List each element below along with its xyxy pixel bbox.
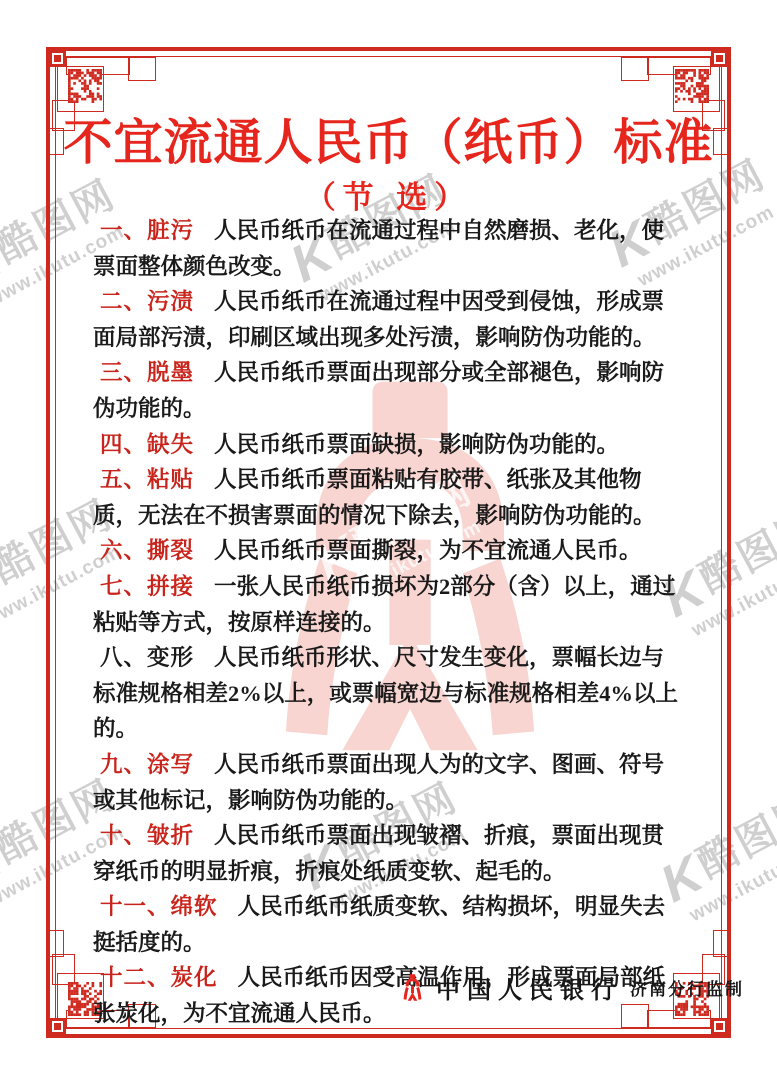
standard-item: 八、变形人民币纸币形状、尺寸发生变化，票幅长边与标准规格相差2%以上，或票幅宽边…	[93, 640, 685, 747]
watermark-k-logo-icon: K	[0, 232, 9, 298]
standard-item-label: 二、污渍	[100, 289, 194, 314]
page-subtitle: （节 选）	[0, 172, 777, 217]
standard-item: 七、拼接一张人民币纸币损坏为2部分（含）以上，通过粘贴等方式，按原样连接的。	[93, 569, 685, 640]
bank-name: 中国人民银行	[436, 970, 622, 1005]
page-title: 不宜流通人民币（纸币）标准	[0, 104, 777, 174]
corner-square-icon	[711, 50, 728, 67]
standard-item-label: 十、皱折	[100, 823, 194, 848]
corner-square-icon	[49, 1018, 66, 1035]
standard-item: 九、涂写人民币纸币票面出现人为的文字、图画、符号或其他标记，影响防伪功能的。	[93, 747, 685, 818]
standard-item: 五、粘贴人民币纸币票面粘贴有胶带、纸张及其他物质，无法在不损害票面的情况下除去，…	[93, 462, 685, 533]
standard-item: 四、缺失人民币纸币票面缺损，影响防伪功能的。	[93, 427, 685, 463]
standards-list: 一、脏污人民币纸币在流通过程中自然磨损、老化，使票面整体颜色改变。 二、污渍人民…	[93, 213, 685, 1032]
standard-item-label: 六、撕裂	[100, 538, 194, 563]
standard-item: 十一、绵软人民币纸币纸质变软、结构损坏，明显失去挺括度的。	[93, 889, 685, 960]
issuer-label: 济南分行监制	[630, 975, 744, 1000]
standard-item-text: 人民币纸币票面缺损，影响防伪功能的。	[214, 432, 619, 457]
standard-item: 二、污渍人民币纸币在流通过程中因受到侵蚀，形成票面局部污渍，印刷区域出现多处污渍…	[93, 284, 685, 355]
standard-item: 十、皱折人民币纸币票面出现皱褶、折痕，票面出现贯穿纸币的明显折痕，折痕处纸质变软…	[93, 818, 685, 889]
standard-item-label: 一、脏污	[100, 218, 194, 243]
standard-item-label: 八、变形	[100, 645, 194, 670]
qr-code-icon	[675, 69, 709, 103]
standard-item-label: 四、缺失	[100, 432, 194, 457]
footer: 中国人民银行 济南分行监制	[399, 970, 744, 1005]
standard-item-label: 三、脱墨	[100, 360, 194, 385]
standard-item: 一、脏污人民币纸币在流通过程中自然磨损、老化，使票面整体颜色改变。	[93, 213, 685, 284]
standard-item-label: 五、粘贴	[100, 467, 194, 492]
watermark-k-logo-icon: K	[0, 832, 9, 898]
standard-item: 三、脱墨人民币纸币票面出现部分或全部褪色，影响防伪功能的。	[93, 355, 685, 426]
standard-item-label: 九、涂写	[100, 752, 194, 777]
pbc-bank-logo-icon	[399, 973, 426, 1002]
qr-code-icon	[68, 69, 102, 103]
standard-item-label: 十二、炭化	[100, 965, 218, 990]
standard-item: 六、撕裂人民币纸币票面撕裂，为不宜流通人民币。	[93, 533, 685, 569]
standard-item-text: 人民币纸币票面撕裂，为不宜流通人民币。	[214, 538, 642, 563]
corner-square-icon	[711, 1018, 728, 1035]
corner-square-icon	[49, 50, 66, 67]
watermark-k-logo-icon: K	[0, 552, 6, 618]
poster-unfit-rmb-standards: K酷图网 www.ikutu.com K酷图网 www.ikutu.com K酷…	[0, 0, 777, 1086]
standard-item-label: 十一、绵软	[100, 894, 218, 919]
standard-item-label: 七、拼接	[100, 574, 194, 599]
